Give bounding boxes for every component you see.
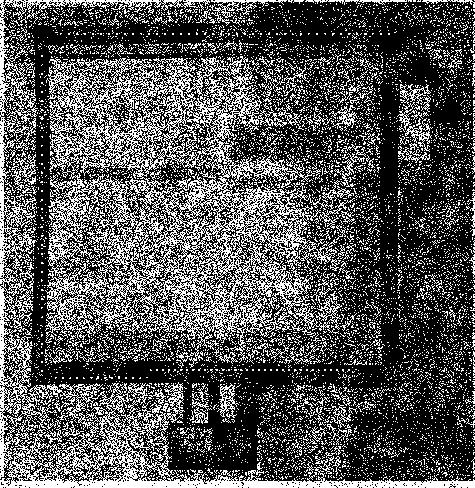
halftone-photograph-canvas [0,0,475,488]
prototype-photograph [0,0,475,488]
